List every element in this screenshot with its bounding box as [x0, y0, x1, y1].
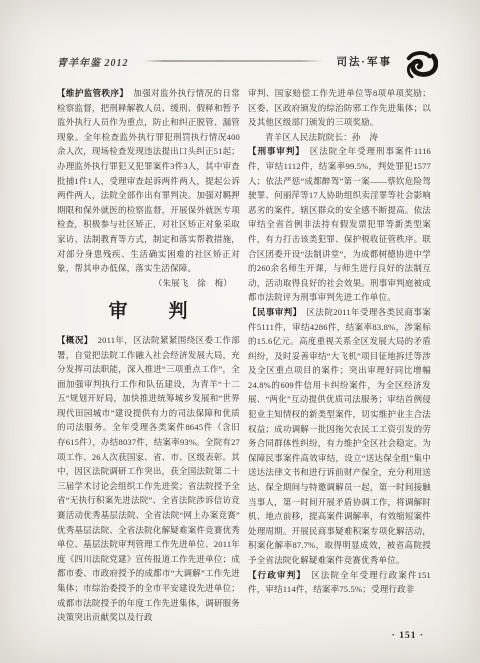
entry-body: 2011年，区法院紧紧围绕区委工作部署，自觉把法院工作融入社会经济发展大局，充分…	[57, 335, 240, 622]
entry-administrative: 【行政审判】区法院全年受理行政案件151件，审结114件，结案率75.5%；受理…	[248, 568, 431, 597]
entry-head: 【概况】	[57, 335, 98, 345]
header-rule	[143, 60, 323, 62]
section-label: 司法·军事	[337, 54, 393, 69]
section-heading: 审 判	[57, 305, 240, 320]
entry-head: 【行政审判】	[248, 570, 311, 580]
entry-head: 【维护监管秩序】	[57, 88, 133, 98]
page-header: 青羊年鉴 2012 司法·军事	[57, 46, 438, 76]
president-line: 青羊区人民法院院长：孙 涛	[248, 130, 431, 145]
entry-head: 【刑事审判】	[248, 146, 310, 156]
entry-civil: 【民事审判】区法院2011年受理各类民商事案件5111件，审结4286件，结案率…	[248, 305, 431, 568]
page-number: · 151 ·	[392, 631, 424, 641]
entry-supervision: 【维护监管秩序】加强对监外执行情况的日常检察监督，把刑释解教人员、缓刑、假释和暂…	[57, 86, 240, 276]
entry-criminal: 【刑事审判】区法院全年受理刑事案件1116件，审结1112件，结案率99.5%，…	[248, 144, 431, 305]
entry-body: 加强对监外执行情况的日常检察监督，把刑释解教人员、缓刑、假释和暂予监外执行人员作…	[57, 88, 240, 273]
left-column: 【维护监管秩序】加强对监外执行情况的日常检察监督，把刑释解教人员、缓刑、假释和暂…	[57, 86, 240, 625]
entry-head: 【民事审判】	[248, 307, 307, 317]
flourish-icon	[404, 50, 438, 80]
page-content: 【维护监管秩序】加强对监外执行情况的日常检察监督，把刑释解教人员、缓刑、假释和暂…	[57, 86, 431, 625]
entry-body: 区法院2011年受理各类民商事案件5111件，审结4286件，结案率83.8%，…	[248, 307, 431, 565]
entry-overview: 【概况】2011年，区法院紧紧围绕区委工作部署，自觉把法院工作融入社会经济发展大…	[57, 333, 240, 625]
yearbook-page: 青羊年鉴 2012 司法·军事 【维护监管秩序】加强对监外执行情况的日常检察监督…	[0, 0, 480, 663]
entry-body: 区法院全年受理刑事案件1116件，审结1112件，结案率99.5%，判处罪犯15…	[248, 146, 431, 302]
author-signature: （朱展飞 徐 梅）	[57, 276, 240, 291]
right-column: 审判、国家赔偿工作先进单位等8项单项奖励；区委、区政府颁发的综治防邪工作先进集体…	[248, 86, 431, 625]
yearbook-title: 青羊年鉴 2012	[57, 54, 129, 69]
overview-continuation: 审判、国家赔偿工作先进单位等8项单项奖励；区委、区政府颁发的综治防邪工作先进集体…	[248, 86, 431, 130]
